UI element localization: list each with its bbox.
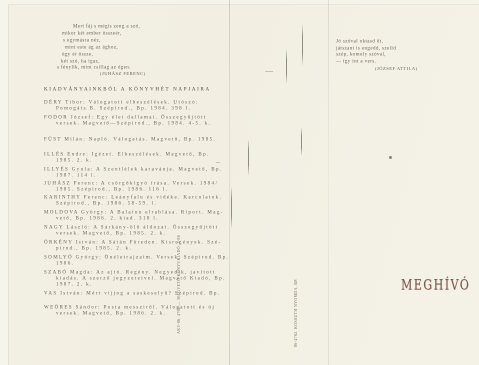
bib-entry-line: 1986. [56, 261, 74, 266]
bib-entry-line: JUHÁSZ Ferenc: A csörgőkígyó írása. Vers… [44, 181, 218, 186]
bib-entry-line: 1987. 114 l. [56, 173, 97, 178]
bib-entry-line: MOLDOVA György: A Balaton elrablása. Rip… [44, 210, 224, 215]
bib-entry-line: FODOR József: Egy élet dallamai. Összegy… [44, 115, 207, 120]
bib-entry-line: versek. Magvető—Szépirod., Bp. 1984. 4-5… [56, 121, 211, 126]
printed-text-layer: Mert fáj s mégis zeng a szó, mikor két e… [0, 0, 479, 365]
bib-entry-line: pirod., Bp. 1985. 2. k. [56, 246, 132, 251]
right-quote-line: szép, komoly szóval, [336, 52, 386, 57]
bib-entry-line: ILLYÉS Gyula: A Szentlélek karavánja. Ma… [44, 167, 223, 172]
scanned-invitation-sheet: Mert fáj s mégis zeng a szó, mikor két e… [0, 0, 479, 365]
left-quote-line: s fénylik, mint csillag az égen. [57, 65, 131, 70]
left-quote-line: s egymásra néz, [63, 38, 101, 43]
bib-entry-line: ÖRKÉNY István: A Sátán Füreden. Kisregén… [44, 240, 222, 245]
bib-entry-line: DÉRY Tibor: Válogatott elbeszélések. Utó… [44, 100, 199, 105]
bib-entry-line: WEÖRES Sándor: Posta messziről. Válogato… [44, 305, 215, 310]
bib-entry-line: vető, Bp. 1986. 2. kiad. 318 l. [56, 216, 159, 221]
right-quote-line: játszani is engedd, szelíd [336, 46, 396, 51]
bib-entry-line: Szépirod., Bp. 1986. 58-59. l. [56, 201, 157, 206]
bib-entry-line: Pomogáts B. Szépirod., Bp. 1984. 398 l. [56, 106, 191, 111]
left-quote-line: mikor két ember összeér, [62, 31, 122, 36]
bibliography-heading: KIADVÁNYAINKBÓL A KÖNYVHÉT NAPJAIRA [44, 87, 211, 92]
left-quote-line: Mert fáj s mégis zeng a szó, [73, 24, 140, 29]
bib-entry-line: SZABÓ Magda: Az ajtó. Regény. Negyedik, … [44, 270, 216, 275]
bib-entry-line: kiadás. A szerző jegyzeteivel. Magvető K… [56, 276, 226, 281]
spine-imprint-left: AKV-86. 4762 — MAGVETŐ KÖNYVKIADÓ. 1-86 [177, 235, 181, 334]
right-quote-line: Jó szóval oktasd őt, [336, 39, 383, 44]
bib-entry-line: ILLÉS Endre: Igézet. Elbeszélések. Magve… [44, 152, 210, 157]
left-quote-line: úgy ér össze, [62, 52, 93, 57]
bib-entry-line: KARINTHY Ferenc: Leányfalu és vidéke. Ka… [44, 195, 222, 200]
right-quote-attribution: (JÓZSEF ATTILA) [375, 66, 418, 71]
bib-entry-line: FÜST Milán: Napló. Válogatás. Magvető, B… [44, 137, 216, 142]
bib-entry-line: NAGY László: A Sárkány-ölő áldozat. Össz… [44, 225, 219, 230]
bib-entry-line: SOMLYÓ György: Önéletrajzaim. Versek. Sz… [44, 255, 229, 260]
bib-entry-line: 1985. Szépirod., Bp. 1986. 116 l. [56, 187, 168, 192]
spine-imprint-center: 86-4762. KOSSUTH NYOMDA, BP. [294, 278, 298, 347]
right-quote-line: — így int a vers. [336, 59, 376, 64]
bib-entry-line: versek. Magvető, Bp. 1986. 2. k. [56, 311, 166, 316]
bib-entry-line: 1985. 2. k. [56, 158, 93, 163]
left-quote-line: mint este ág az ághoz, [65, 45, 118, 50]
bib-entry-line: 1987. 2. k. [56, 282, 93, 287]
bib-entry-line: versek. Magvető, Bp. 1985. 2. k. [56, 231, 166, 236]
left-quote-attribution: (JUHÁSZ FERENC) [100, 71, 146, 76]
left-quote-line: két szó, ha igaz, [61, 59, 100, 64]
cover-title-meghivo: MEGHÍVÓ [401, 278, 470, 292]
bib-entry-line: VAS István: Mért vijjog a saskeselyű? Sz… [44, 291, 220, 296]
